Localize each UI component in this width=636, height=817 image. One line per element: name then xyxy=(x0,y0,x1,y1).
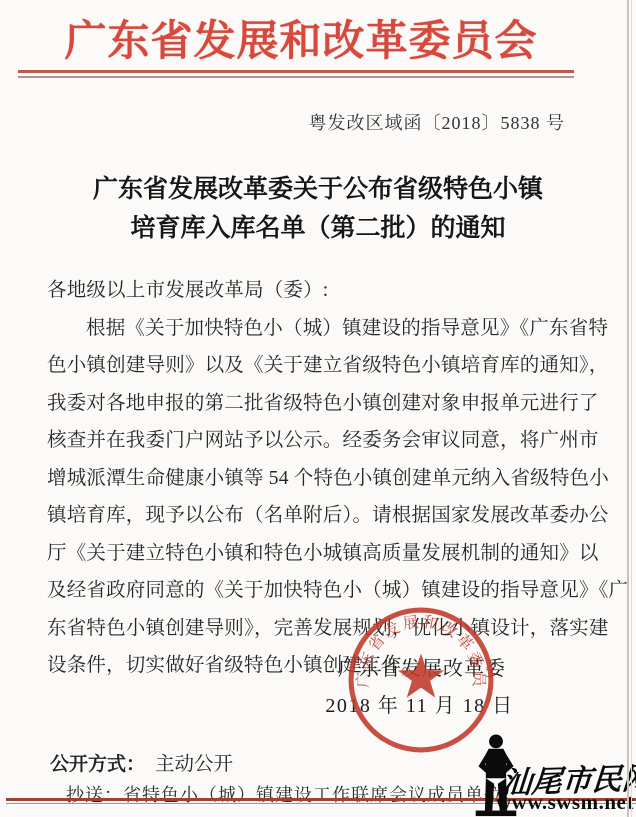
document-page: 广东省发展和改革委员会 粤发改区域函〔2018〕5838 号 广东省发展改革委关… xyxy=(0,0,636,817)
body-line: 镇培育库，现予以公布（名单附后）。请根据国家发展改革委办公 xyxy=(47,497,595,535)
letterhead-rule-thin xyxy=(18,76,574,78)
document-title-line1: 广东省发展改革委关于公布省级特色小镇 xyxy=(18,170,618,209)
scan-edge-line-light xyxy=(631,0,632,817)
body-text: 各地级以上市发展改革局（委）: 根据《关于加快特色小（城）镇建设的指导意见》《广… xyxy=(47,272,595,685)
disclosure-label: 公开方式： xyxy=(50,754,145,775)
letterhead-rule-thick xyxy=(18,70,574,73)
seal-star-icon xyxy=(398,654,444,698)
body-line: 根据《关于加快特色小（城）镇建设的指导意见》《广东省特 xyxy=(47,310,595,348)
body-line: 厅《关于建立特色小镇和特色小城镇高质量发展机制的通知》以 xyxy=(47,535,595,573)
document-title-line2: 培育库入库名单（第二批）的通知 xyxy=(18,209,618,248)
body-line: 核查并在我委门户网站予以公示。经委务会审议同意，将广州市 xyxy=(47,422,595,460)
body-salutation: 各地级以上市发展改革局（委）: xyxy=(47,272,595,310)
body-line: 我委对各地申报的第二批省级特色小镇创建对象申报单元进行了 xyxy=(47,385,595,423)
disclosure-row: 公开方式：主动公开 xyxy=(50,748,233,776)
letterhead-agency-title: 广东省发展和改革委员会 xyxy=(20,8,582,68)
document-title: 广东省发展改革委关于公布省级特色小镇 培育库入库名单（第二批）的通知 xyxy=(18,170,618,248)
disclosure-value: 主动公开 xyxy=(155,754,233,775)
scan-edge-line xyxy=(627,0,629,817)
body-line: 及经省政府同意的《关于加快特色小（城）镇建设的指导意见》《广 xyxy=(47,572,595,610)
site-watermark: 汕尾市民网 www.swsm.net xyxy=(466,730,636,817)
document-number: 粤发改区域函〔2018〕5838 号 xyxy=(309,109,566,135)
body-line: 色小镇创建导则》以及《关于建立省级特色小镇培育库的通知》， xyxy=(47,347,595,385)
body-line: 增城派潭生命健康小镇等 54 个特色小镇创建单元纳入省级特色小 xyxy=(47,460,595,498)
body-line: 东省特色小镇创建导则》，完善发展规划，优化小镇设计，落实建 xyxy=(47,610,595,648)
watermark-site-url: www.swsm.net xyxy=(496,790,636,815)
